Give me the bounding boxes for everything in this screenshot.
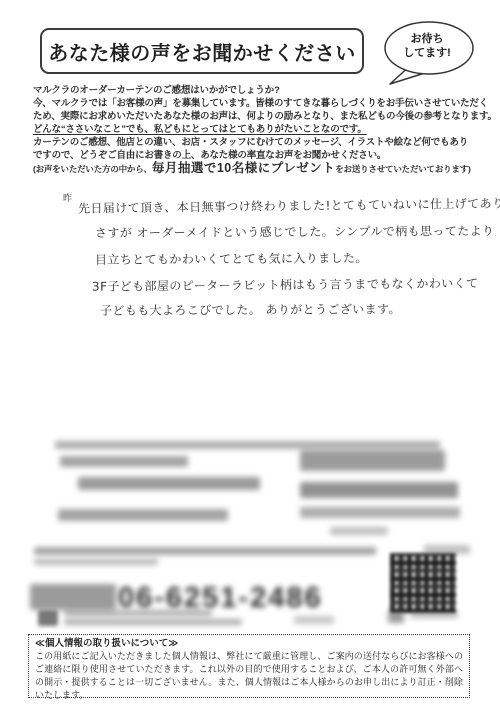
redacted-postal-code	[60, 456, 188, 467]
redacted-right-line-1	[300, 507, 460, 518]
redacted-name	[300, 450, 445, 471]
bubble-text: お待ち してます!	[378, 32, 476, 60]
intro-line-2: 今、マルクラでは「お客様の声」を募集しています。皆様のすてきな暮らしづくりをお手…	[33, 97, 473, 110]
handwriting-correction-mark: 昨	[63, 191, 72, 204]
redacted-top-line	[55, 441, 440, 449]
redacted-phone-prefix	[30, 584, 116, 610]
intro-line-5: カーテンのご感想、他店との違い、お店・スタッフにむけてのメッセージ、イラストや絵…	[33, 136, 473, 149]
handwriting-line-3: 目立ちとてもかわいくてとても気に入りました。	[95, 249, 368, 268]
qr-code	[390, 553, 456, 613]
redacted-qr-caption-line	[410, 612, 458, 618]
handwriting-line-1: 先日届けて頂き、本日無事つけ終わりました!とてもていねいに仕上げてあり	[78, 194, 500, 216]
prize-prefix: (お声をいただいた方の中から、	[33, 164, 152, 174]
bubble-line-2: してます!	[378, 46, 476, 60]
handwriting-line-4: 3F子ども部屋のピーターラビット柄はもう言うまでもなくかわいくて	[92, 274, 479, 294]
intro-line-3: ため、実際にお求めいただいたあなた様のお声は、何よりの励みとなり、また私どもの今…	[33, 110, 473, 123]
title-box: あなた様の声をお聞かせください	[40, 28, 364, 74]
redacted-qr-caption-block	[388, 610, 404, 623]
redacted-signature	[300, 482, 458, 498]
page-title: あなた様の声をお聞かせください	[48, 37, 356, 66]
prize-suffix: をお送りさせていただいております)	[335, 164, 470, 174]
redacted-footer-line-1	[64, 610, 212, 616]
intro-line-1: マルクラのオーダーカーテンのご感想はいかがでしょうか?	[33, 84, 473, 97]
handwriting-line-5: 子どもも大よろこびでした。 ありがとうございます。	[100, 300, 401, 319]
intro-line-4-underlined: どんな“ささいなこと”でも、私どもにとってはとてもありがたいことなのです。	[33, 123, 473, 136]
intro-paragraph: マルクラのオーダーカーテンのご感想はいかがでしょうか? 今、マルクラでは「お客様…	[33, 84, 473, 176]
redacted-logo	[38, 610, 58, 626]
privacy-notice-box: ≪個人情報の取り扱いについて≫ この用紙にご記入いただきました個人情報は、弊社に…	[28, 634, 470, 698]
redacted-footer-mid	[294, 616, 334, 624]
redacted-address	[78, 477, 260, 490]
redacted-footer-line-2	[64, 619, 242, 625]
redacted-right-line-2	[330, 527, 388, 535]
scanned-feedback-form: あなた様の声をお聞かせください お待ち してます! マルクラのオーダーカーテンの…	[0, 0, 500, 709]
redacted-info-line-1	[34, 547, 376, 555]
handwriting-line-2: さすが オーダーメイドという感じでした。シンプルで柄も思ってたより	[95, 222, 494, 241]
prize-line: (お声をいただいた方の中から、毎月抽選で10名様にプレゼントをお送りさせていただ…	[33, 162, 473, 176]
speech-bubble: お待ち してます!	[378, 20, 476, 92]
privacy-heading: ≪個人情報の取り扱いについて≫	[35, 638, 463, 650]
bubble-line-1: お待ち	[378, 32, 476, 46]
redacted-info-line-2	[34, 559, 158, 565]
redacted-tel	[58, 509, 228, 521]
privacy-body: この用紙にご記入いただきました個人情報は、弊社にて厳重に管理し、ご案内の送付なら…	[35, 650, 463, 702]
prize-main: 毎月抽選で10名様にプレゼント	[152, 161, 335, 175]
